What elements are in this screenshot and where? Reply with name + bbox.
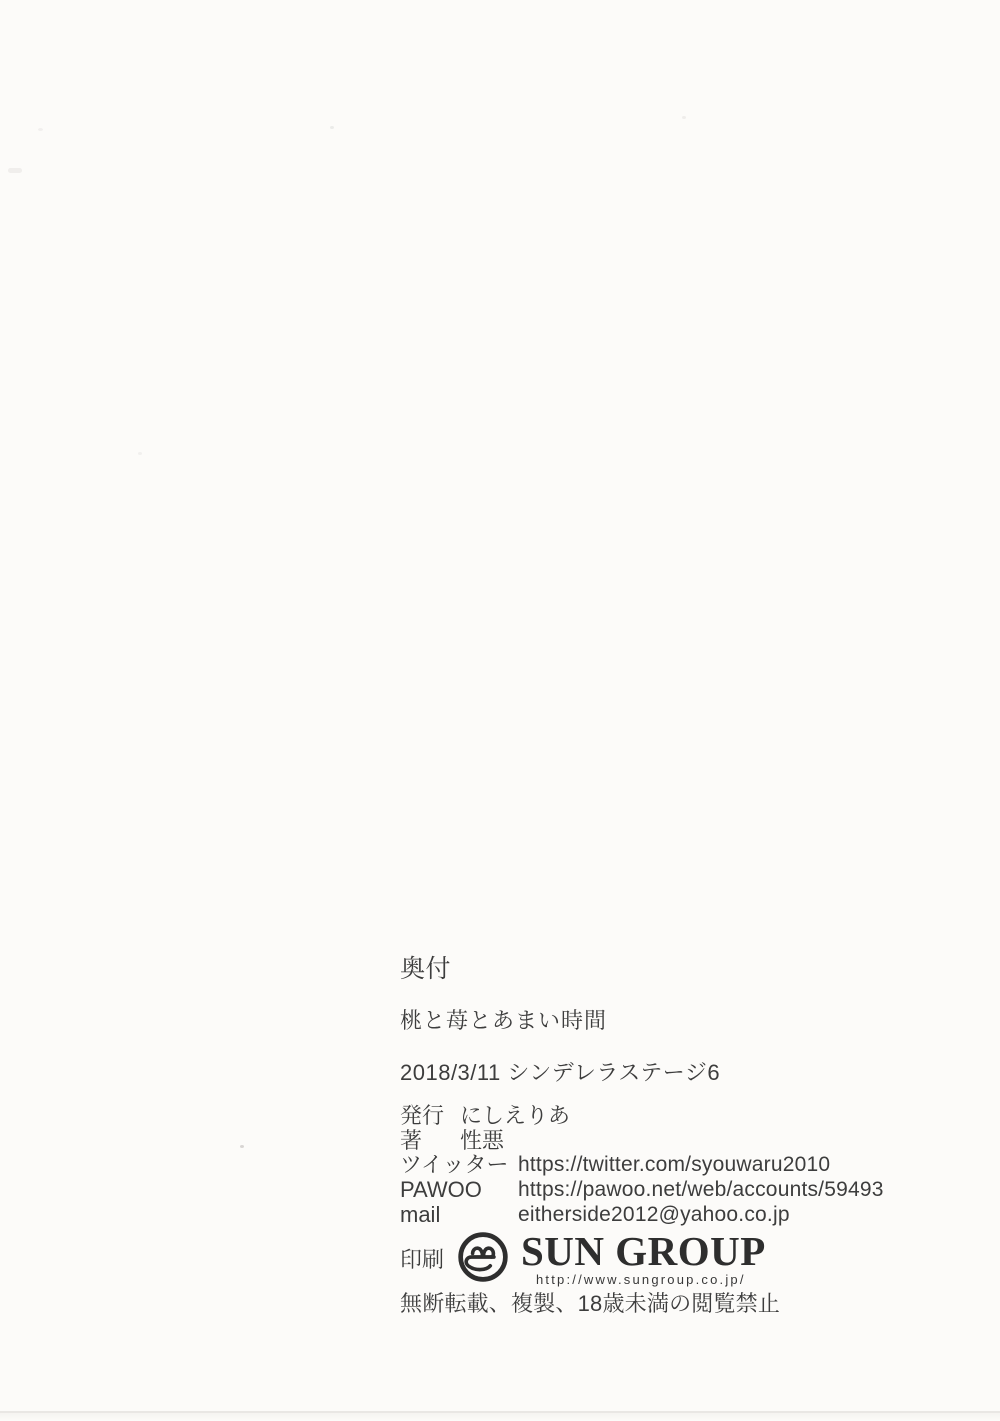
publisher-label: 発行 <box>400 1104 444 1128</box>
printer-label: 印刷 <box>400 1243 444 1274</box>
printer-row: 印刷 SUN GROUP http://www.sungroup.co.jp/ <box>400 1231 960 1293</box>
scanned-colophon-page: 奥付 桃と苺とあまい時間 2018/3/11 シンデレラステージ6 発行 にしえ… <box>0 0 1000 1421</box>
credit-row-twitter: ツイッター https://twitter.com/syouwaru2010 <box>400 1153 960 1179</box>
printer-url: http://www.sungroup.co.jp/ <box>536 1272 746 1287</box>
scan-speck <box>138 452 142 455</box>
printer-name: SUN GROUP <box>521 1231 766 1272</box>
scan-speck <box>38 128 43 131</box>
pawoo-url: https://pawoo.net/web/accounts/59493 <box>518 1178 884 1201</box>
colophon-heading: 奥付 <box>400 955 451 984</box>
twitter-label: ツイッター <box>400 1153 508 1177</box>
publisher-value: にしえりあ <box>460 1104 570 1128</box>
scan-smudge <box>8 168 22 173</box>
mail-label: mail <box>400 1203 440 1227</box>
scan-speck <box>682 116 686 119</box>
scan-speck <box>240 1145 244 1148</box>
author-value: 性悪 <box>460 1129 504 1153</box>
mail-address: eitherside2012@yahoo.co.jp <box>518 1203 790 1226</box>
book-title: 桃と苺とあまい時間 <box>400 1008 607 1033</box>
event-date: 2018/3/11 シンデレラステージ6 <box>400 1060 720 1085</box>
credit-row-publisher: 発行 にしえりあ <box>400 1104 960 1130</box>
scan-speck <box>330 126 334 129</box>
pawoo-label: PAWOO <box>400 1178 482 1202</box>
credit-row-mail: mail eitherside2012@yahoo.co.jp <box>400 1203 960 1229</box>
credit-row-pawoo: PAWOO https://pawoo.net/web/accounts/594… <box>400 1178 960 1204</box>
twitter-url: https://twitter.com/syouwaru2010 <box>518 1153 830 1176</box>
copyright-notice: 無断転載、複製、18歳未満の閲覧禁止 <box>400 1291 780 1316</box>
scan-bottom-shade <box>0 1413 1000 1421</box>
sun-group-circle-s-icon <box>457 1231 509 1283</box>
author-label: 著 <box>400 1129 422 1153</box>
